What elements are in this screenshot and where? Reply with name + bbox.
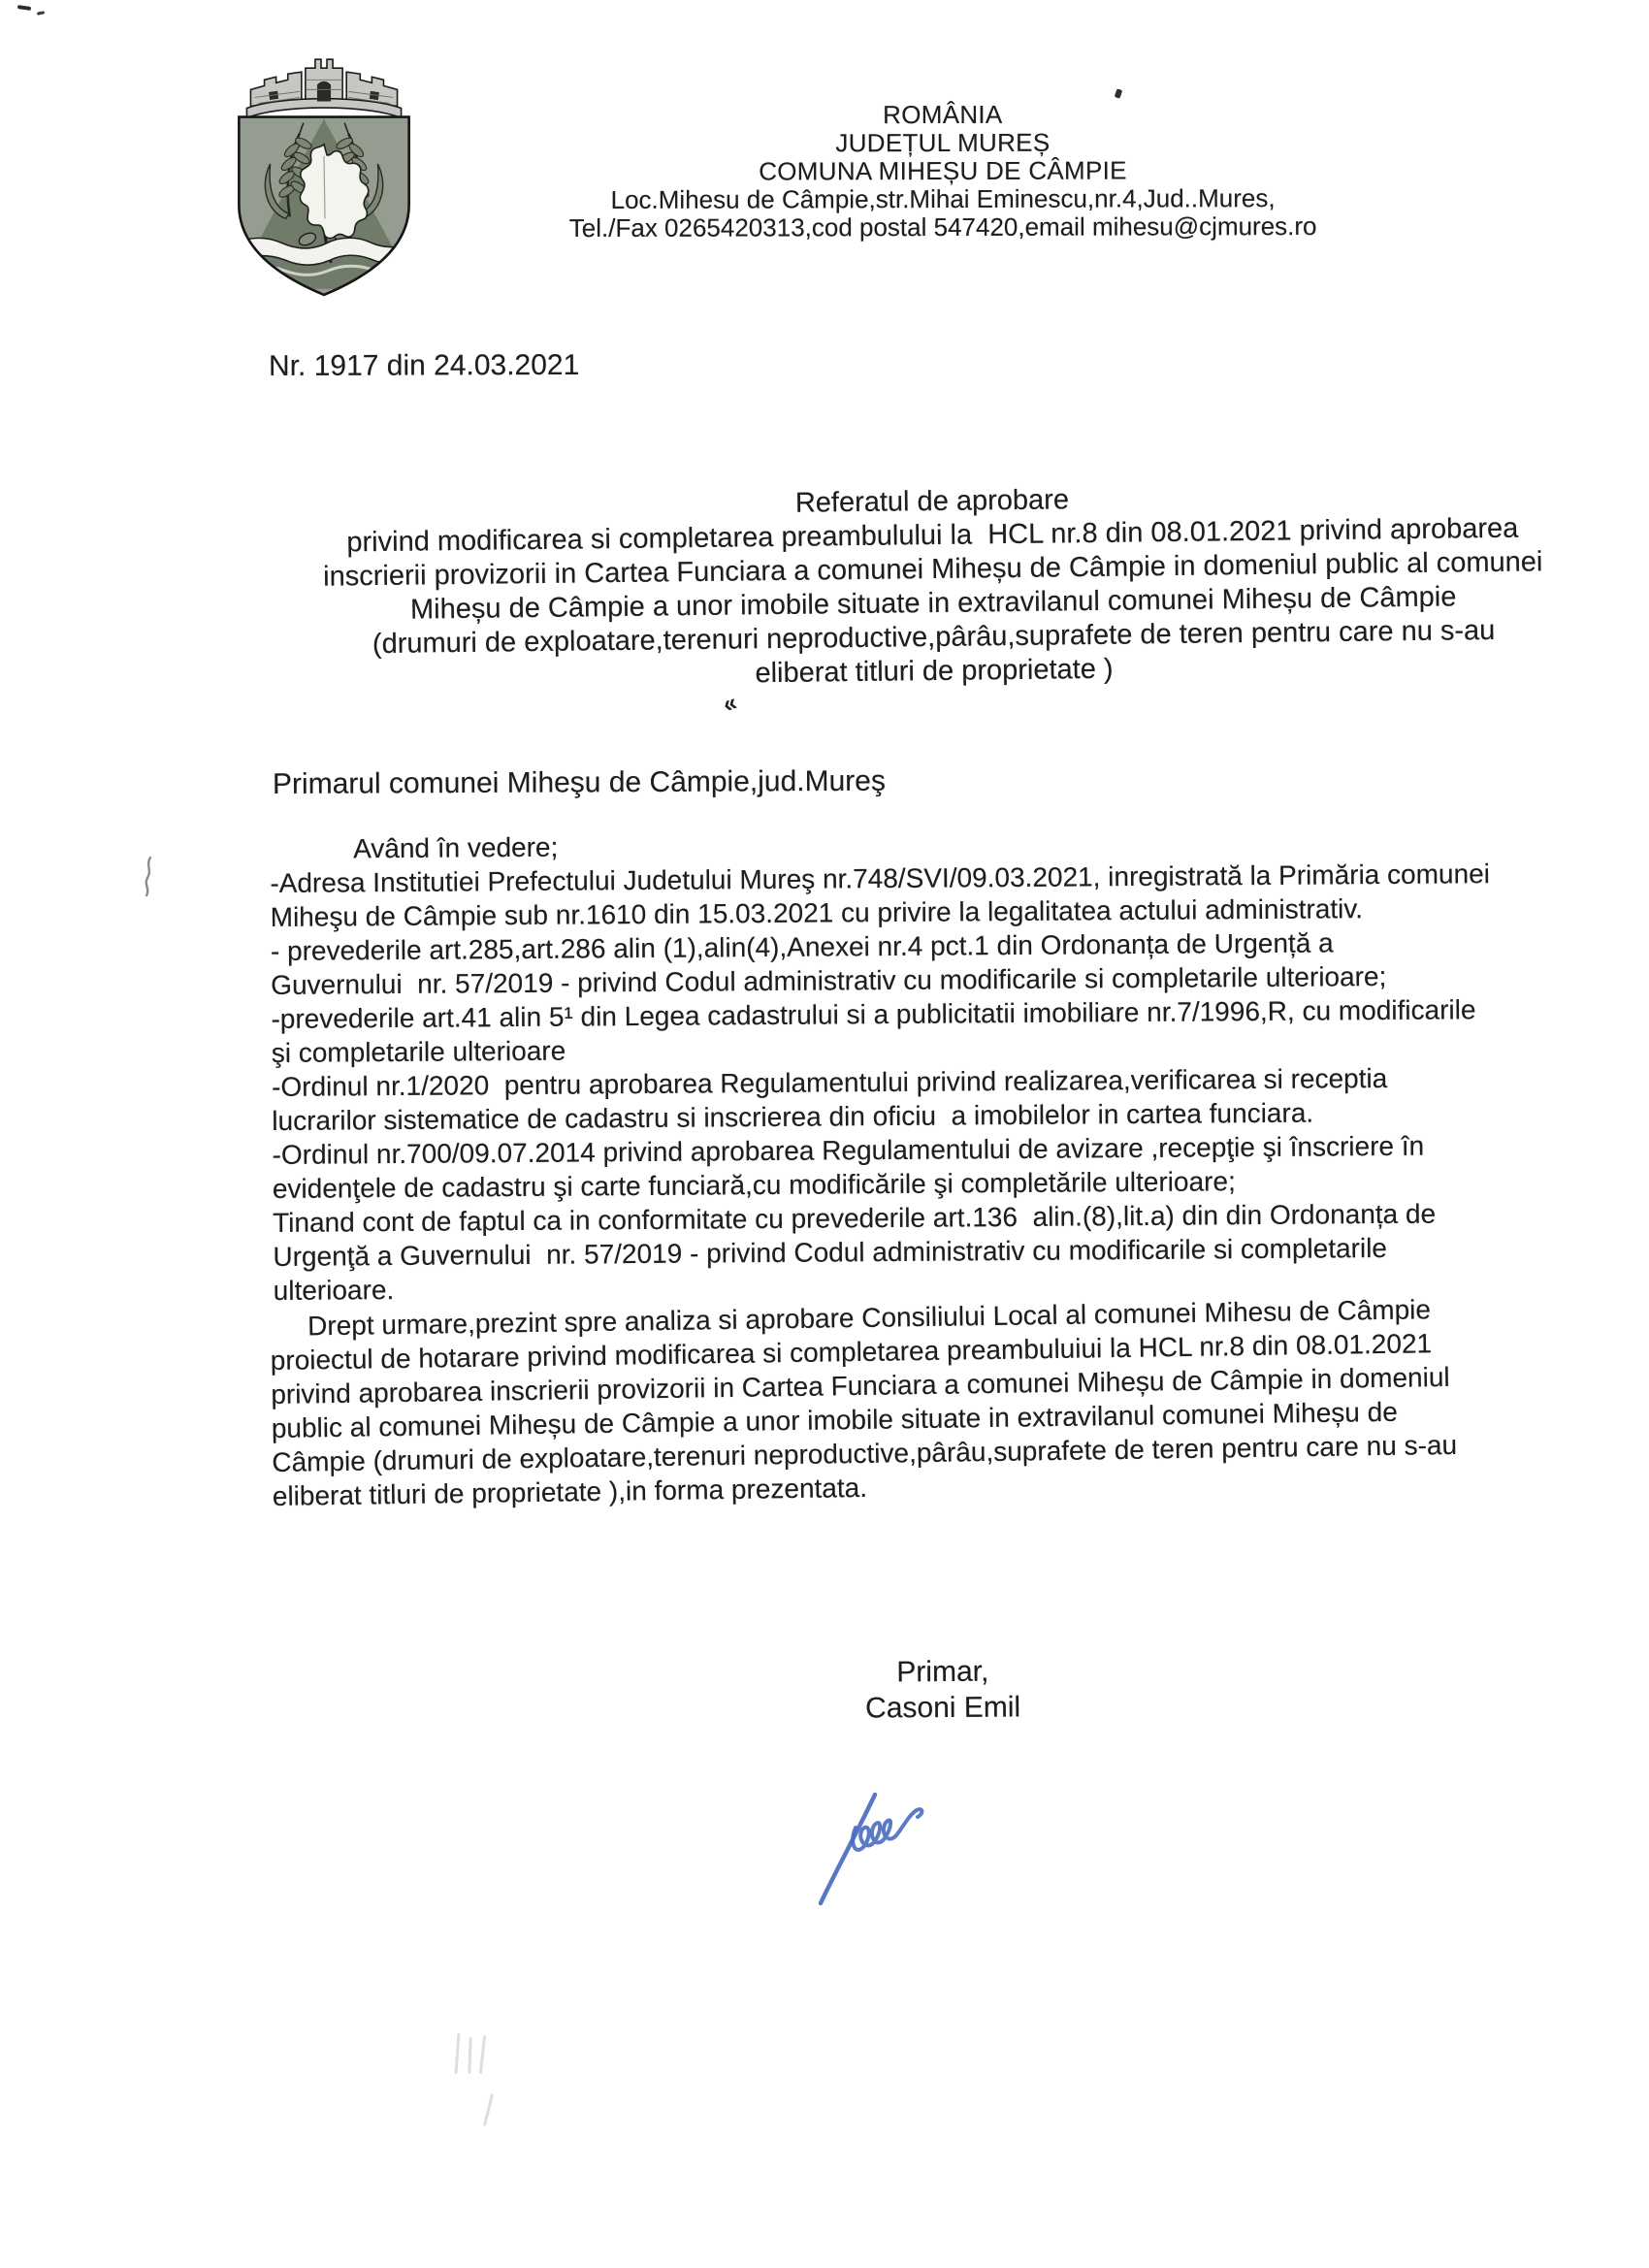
salutation: Primarul comunei Miheşu de Câmpie,jud.Mu… xyxy=(273,765,886,801)
signatory-block: Primar, Casoni Emil xyxy=(264,1649,1622,1731)
letterhead-address: Loc.Mihesu de Câmpie,str.Mihai Eminescu,… xyxy=(264,183,1622,215)
letterhead-county: JUDEȚUL MUREȘ xyxy=(264,127,1622,159)
signature-main-stroke xyxy=(821,1795,875,1903)
registration-number: Nr. 1917 din 24.03.2021 xyxy=(269,349,579,383)
document-title-lines: privind modificarea si completarea pream… xyxy=(253,510,1613,697)
scan-artifact-speck xyxy=(37,11,45,16)
body-justifications: Având în vedere; -Adresa Institutiei Pre… xyxy=(270,822,1627,1308)
letterhead: ROMÂNIA JUDEȚUL MUREȘ COMUNA MIHEȘU DE C… xyxy=(264,99,1622,243)
body-closing: Drept urmare,prezint spre analiza si apr… xyxy=(270,1289,1626,1513)
scanned-document-page: { "header": { "country": "ROMÂNIA", "cou… xyxy=(0,0,1649,2268)
scan-artifact-faint-marks xyxy=(454,2033,512,2140)
letterhead-contact: Tel./Fax 0265420313,cod postal 547420,em… xyxy=(264,211,1622,243)
scan-artifact-speck xyxy=(17,5,31,11)
scan-artifact-margin-ink xyxy=(142,856,157,898)
handwritten-signature xyxy=(811,1785,947,1921)
scan-artifact-glyph: « xyxy=(720,689,741,720)
scan-artifact-speck xyxy=(1115,88,1122,98)
letterhead-commune: COMUNA MIHEȘU DE CÂMPIE xyxy=(264,155,1622,187)
justification-lines: -Adresa Institutiei Prefectului Judetulu… xyxy=(270,856,1627,1308)
letterhead-country: ROMÂNIA xyxy=(264,99,1622,131)
document-title: Referatul de aprobare privind modificare… xyxy=(253,476,1613,697)
